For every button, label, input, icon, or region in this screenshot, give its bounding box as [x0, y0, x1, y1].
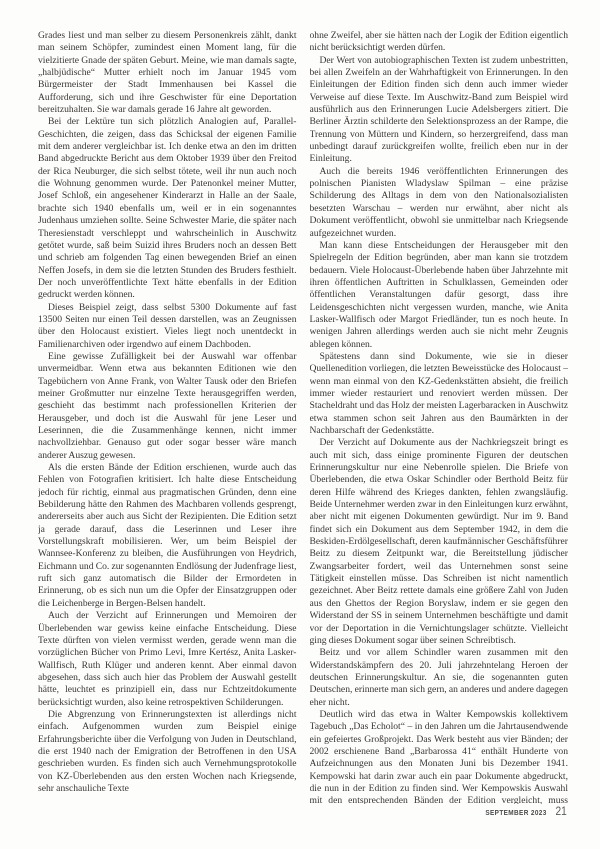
magazine-page: Grades liest und man selber zu diesem Pe…	[0, 0, 600, 849]
paragraph: Eine gewisse Zufälligkeit bei der Auswah…	[38, 351, 297, 462]
paragraph: Als die ersten Bände der Edition erschie…	[38, 462, 297, 610]
article-body: Grades liest und man selber zu diesem Pe…	[38, 30, 568, 804]
paragraph: ohne Zweifel, aber sie hätten nach der L…	[310, 30, 569, 55]
page-number: 21	[556, 806, 567, 818]
issue-date: SEPTEMBER 2023	[485, 810, 546, 817]
paragraph: Spätestens dann sind Dokumente, wie sie …	[310, 351, 569, 437]
paragraph: Der Verzicht auf Dokumente aus der Nachk…	[310, 437, 569, 647]
paragraph: Beitz und vor allem Schindler waren zusa…	[310, 647, 569, 709]
text-column-left: Grades liest und man selber zu diesem Pe…	[38, 30, 297, 804]
paragraph: Bei der Lektüre tun sich plötzlich Analo…	[38, 116, 297, 301]
paragraph: Auch die bereits 1946 veröffentlichten E…	[310, 166, 569, 240]
paragraph: Grades liest und man selber zu diesem Pe…	[38, 30, 297, 116]
page-footer: SEPTEMBER 2023 21	[480, 806, 567, 818]
text-column-right: ohne Zweifel, aber sie hätten nach der L…	[310, 30, 569, 804]
paragraph: Dieses Beispiel zeigt, dass selbst 5300 …	[38, 302, 297, 351]
paragraph: Die Abgrenzung von Erinnerungstexten ist…	[38, 709, 297, 795]
paragraph: Auch der Verzicht auf Erinnerungen und M…	[38, 610, 297, 709]
paragraph: Der Wert von autobiographischen Texten i…	[310, 55, 569, 166]
paragraph: Deutlich wird das etwa in Walter Kempows…	[310, 709, 569, 804]
paragraph: Man kann diese Entscheidungen der Heraus…	[310, 240, 569, 351]
